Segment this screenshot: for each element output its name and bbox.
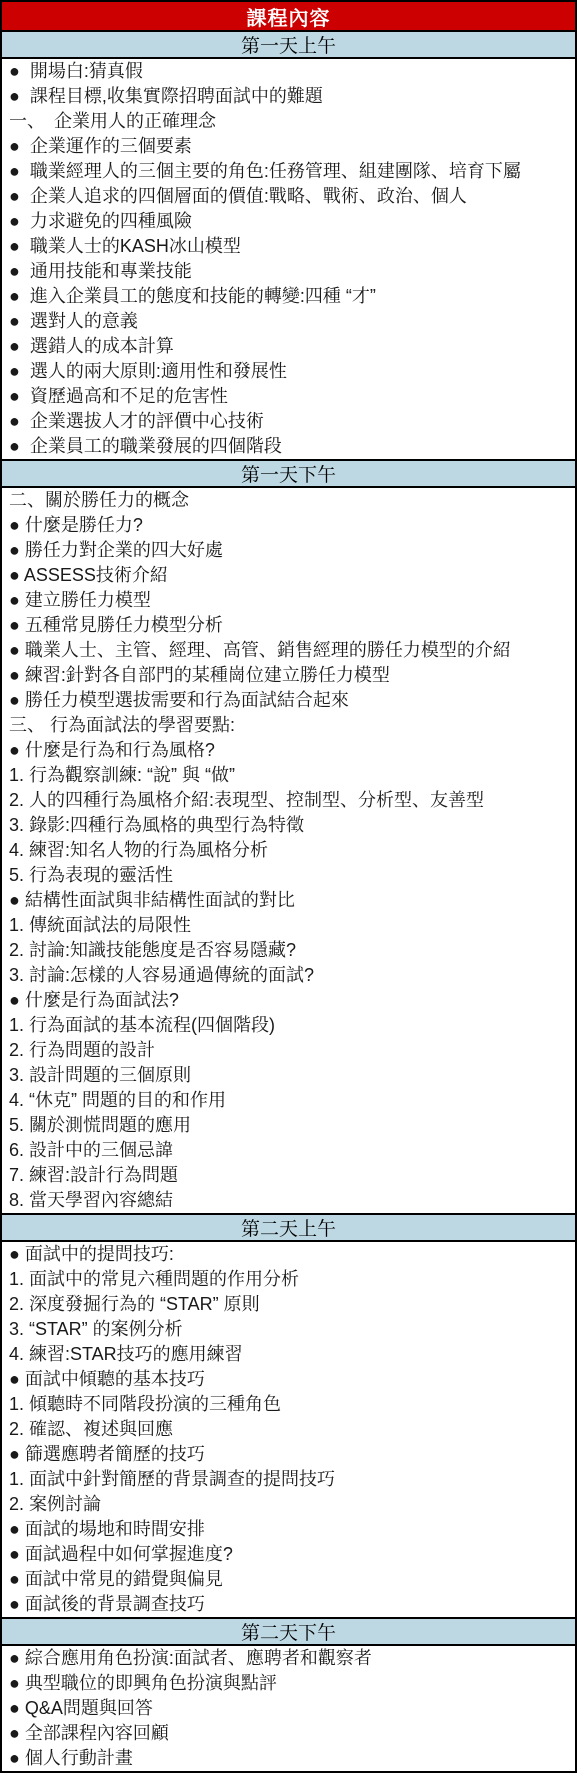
list-item: ● 企業選拔人才的評價中心技術	[2, 409, 575, 434]
list-item: 2. 確認、複述與回應	[2, 1417, 575, 1442]
section-body: 二、關於勝任力的概念● 什麼是勝任力?● 勝任力對企業的四大好處● ASSESS…	[2, 488, 575, 1215]
list-item: ● Q&A問題與回答	[2, 1696, 575, 1721]
section-header: 第一天上午	[2, 32, 575, 59]
list-item: ● 面試中的提問技巧:	[2, 1242, 575, 1267]
course-section: 第二天下午● 綜合應用角色扮演:面試者、應聘者和觀察者● 典型職位的即興角色扮演…	[2, 1619, 575, 1771]
list-item: ● 開場白:猜真假	[2, 59, 575, 84]
list-item: ● 面試中常見的錯覺與偏見	[2, 1567, 575, 1592]
sections: 第一天上午● 開場白:猜真假● 課程目標,收集實際招聘面試中的難題一、 企業用人…	[2, 32, 575, 1771]
list-item: 2. 行為問題的設計	[2, 1038, 575, 1063]
section-body: ● 綜合應用角色扮演:面試者、應聘者和觀察者● 典型職位的即興角色扮演與點評● …	[2, 1646, 575, 1771]
list-item: ● 面試的場地和時間安排	[2, 1517, 575, 1542]
list-item: 4. 練習:知名人物的行為風格分析	[2, 838, 575, 863]
list-item: ● 勝任力對企業的四大好處	[2, 538, 575, 563]
course-section: 第二天上午● 面試中的提問技巧:1. 面試中的常見六種問題的作用分析2. 深度發…	[2, 1215, 575, 1619]
list-item: ● 建立勝任力模型	[2, 588, 575, 613]
list-item: ● ASSESS技術介紹	[2, 563, 575, 588]
list-item: ● 個人行動計畫	[2, 1746, 575, 1771]
section-header: 第一天下午	[2, 461, 575, 488]
list-item: ● 通用技能和專業技能	[2, 259, 575, 284]
list-item: 4. 練習:STAR技巧的應用練習	[2, 1342, 575, 1367]
course-title: 課程內容	[2, 2, 575, 32]
list-item: ● 企業人追求的四個層面的價值:戰略、戰術、政治、個人	[2, 184, 575, 209]
list-item: ● 勝任力模型選拔需要和行為面試結合起來	[2, 688, 575, 713]
list-item: 1. 面試中針對簡歷的背景調查的提問技巧	[2, 1467, 575, 1492]
list-item: ● 職業人士、主管、經理、高管、銷售經理的勝任力模型的介紹	[2, 638, 575, 663]
section-header: 第二天下午	[2, 1619, 575, 1646]
list-item: 2. 人的四種行為風格介紹:表現型、控制型、分析型、友善型	[2, 788, 575, 813]
list-item: ● 企業員工的職業發展的四個階段	[2, 434, 575, 459]
course-section: 第一天下午二、關於勝任力的概念● 什麼是勝任力?● 勝任力對企業的四大好處● A…	[2, 461, 575, 1215]
list-item: ● 選人的兩大原則:適用性和發展性	[2, 359, 575, 384]
list-item: 1. 行為面試的基本流程(四個階段)	[2, 1013, 575, 1038]
section-body: ● 開場白:猜真假● 課程目標,收集實際招聘面試中的難題一、 企業用人的正確理念…	[2, 59, 575, 461]
list-item: ● 練習:針對各自部門的某種崗位建立勝任力模型	[2, 663, 575, 688]
course-table: 課程內容 第一天上午● 開場白:猜真假● 課程目標,收集實際招聘面試中的難題一、…	[0, 0, 577, 1773]
list-item: 2. 深度發掘行為的 “STAR” 原則	[2, 1292, 575, 1317]
list-item: ● 選錯人的成本計算	[2, 334, 575, 359]
list-item: ● 選對人的意義	[2, 309, 575, 334]
list-item: 8. 當天學習內容總結	[2, 1188, 575, 1213]
list-item: 3. 討論:怎樣的人容易通過傳統的面試?	[2, 963, 575, 988]
list-item: ● 五種常見勝任力模型分析	[2, 613, 575, 638]
list-item: 6. 設計中的三個忌諱	[2, 1138, 575, 1163]
list-item: ● 面試過程中如何掌握進度?	[2, 1542, 575, 1567]
list-item: ● 企業運作的三個要素	[2, 134, 575, 159]
list-item: 5. 關於測慌問題的應用	[2, 1113, 575, 1138]
list-item: 1. 面試中的常見六種問題的作用分析	[2, 1267, 575, 1292]
list-item: 7. 練習:設計行為問題	[2, 1163, 575, 1188]
list-item: ● 面試中傾聽的基本技巧	[2, 1367, 575, 1392]
list-item: 2. 討論:知識技能態度是否容易隱藏?	[2, 938, 575, 963]
list-item: ● 面試後的背景調查技巧	[2, 1592, 575, 1617]
list-item: ● 職業人士的KASH冰山模型	[2, 234, 575, 259]
list-item: ● 結構性面試與非結構性面試的對比	[2, 888, 575, 913]
list-item: 2. 案例討論	[2, 1492, 575, 1517]
list-item: 1. 行為觀察訓練: “說” 與 “做”	[2, 763, 575, 788]
list-item: 二、關於勝任力的概念	[2, 488, 575, 513]
list-item: ● 典型職位的即興角色扮演與點評	[2, 1671, 575, 1696]
list-item: ● 進入企業員工的態度和技能的轉變:四種 “才”	[2, 284, 575, 309]
section-body: ● 面試中的提問技巧:1. 面試中的常見六種問題的作用分析2. 深度發掘行為的 …	[2, 1242, 575, 1619]
list-item: ● 篩選應聘者簡歷的技巧	[2, 1442, 575, 1467]
list-item: ● 什麼是行為面試法?	[2, 988, 575, 1013]
list-item: ● 什麼是勝任力?	[2, 513, 575, 538]
list-item: 1. 傾聽時不同階段扮演的三種角色	[2, 1392, 575, 1417]
section-header: 第二天上午	[2, 1215, 575, 1242]
list-item: ● 什麼是行為和行為風格?	[2, 738, 575, 763]
list-item: ● 力求避免的四種風險	[2, 209, 575, 234]
list-item: ● 課程目標,收集實際招聘面試中的難題	[2, 84, 575, 109]
list-item: ● 全部課程內容回顧	[2, 1721, 575, 1746]
list-item: 一、 企業用人的正確理念	[2, 109, 575, 134]
list-item: 三、 行為面試法的學習要點:	[2, 713, 575, 738]
list-item: ● 資歷過高和不足的危害性	[2, 384, 575, 409]
course-section: 第一天上午● 開場白:猜真假● 課程目標,收集實際招聘面試中的難題一、 企業用人…	[2, 32, 575, 461]
list-item: ● 綜合應用角色扮演:面試者、應聘者和觀察者	[2, 1646, 575, 1671]
list-item: 3. 設計問題的三個原則	[2, 1063, 575, 1088]
list-item: 5. 行為表現的靈活性	[2, 863, 575, 888]
list-item: 3. “STAR” 的案例分析	[2, 1317, 575, 1342]
list-item: 3. 錄影:四種行為風格的典型行為特徵	[2, 813, 575, 838]
list-item: 4. “休克” 問題的目的和作用	[2, 1088, 575, 1113]
list-item: ● 職業經理人的三個主要的角色:任務管理、組建團隊、培育下屬	[2, 159, 575, 184]
list-item: 1. 傳統面試法的局限性	[2, 913, 575, 938]
